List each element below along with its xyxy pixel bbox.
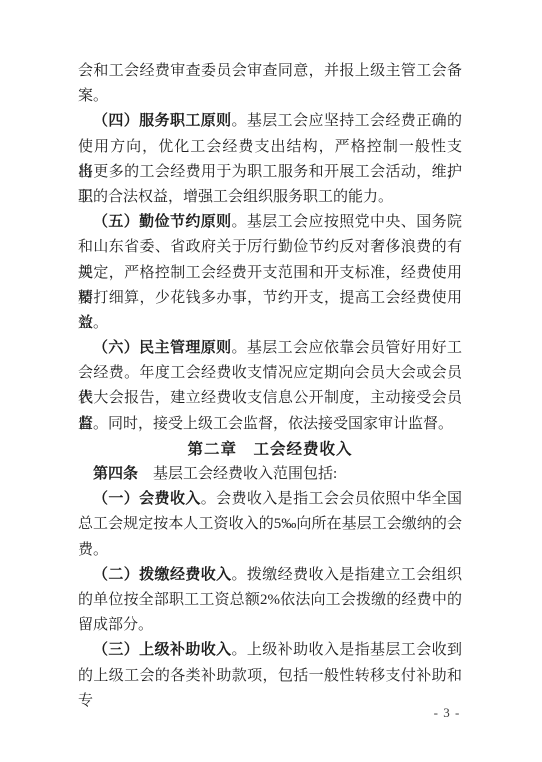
- text-line: （四）服务职工原则。基层工会应坚持工会经费正确的: [78, 109, 462, 134]
- text-line: （一）会费收入。会费收入是指工会会员依照中华全国: [78, 487, 462, 512]
- emphasis-text: （四）服务职工原则: [93, 113, 232, 129]
- text-line: （六）民主管理原则。基层工会应依靠会员管好用好工: [78, 336, 462, 361]
- body-text: 会和工会经费审查委员会审查同意，并报上级主管工会备: [78, 63, 462, 79]
- body-text: 。基层工会应依靠会员管好用好工: [232, 340, 462, 356]
- body-text: 。基层工会应按照党中央、国务院: [232, 214, 462, 230]
- body-text: 督。同时，接受上级工会监督，依法接受国家审计监督。: [78, 416, 453, 432]
- text-line: 工的合法权益，增强工会组织服务职工的能力。: [78, 185, 462, 210]
- emphasis-text: （一）会费收入: [93, 491, 201, 507]
- text-line: 案。: [78, 84, 462, 109]
- emphasis-text: 第四条: [93, 466, 138, 482]
- body-text: 益。: [78, 315, 108, 331]
- text-line: 留成部分。: [78, 613, 462, 638]
- text-line: 精打细算，少花钱多办事，节约开支，提高工会经费使用效: [78, 286, 462, 311]
- body-text: 费。: [78, 542, 108, 558]
- text-line: 规定，严格控制工会经费开支范围和开支标准，经费使用要: [78, 261, 462, 286]
- text-line: 费。: [78, 538, 462, 563]
- text-line: 会经费。年度工会经费收支情况应定期向会员大会或会员代: [78, 361, 462, 386]
- emphasis-text: （六）民主管理原则: [93, 340, 232, 356]
- body-text: 留成部分。: [78, 617, 153, 633]
- text-line: 会和工会经费审查委员会审查同意，并报上级主管工会备: [78, 59, 462, 84]
- text-line: 将更多的工会经费用于为职工服务和开展工会活动，维护职: [78, 160, 462, 185]
- text-line: （二）拨缴经费收入。拨缴经费收入是指建立工会组织: [78, 563, 462, 588]
- body-text: 总工会规定按本人工资收入的5‰向所在基层工会缴纳的会: [78, 516, 462, 532]
- text-line: 第四条 基层工会经费收入范围包括:: [78, 462, 462, 487]
- text-line: （三）上级补助收入。上级补助收入是指基层工会收到: [78, 638, 462, 663]
- chapter-heading: 第二章 工会经费收入: [78, 437, 462, 462]
- emphasis-text: （三）上级补助收入: [93, 642, 232, 658]
- emphasis-text: 第二章 工会经费收入: [187, 441, 352, 458]
- text-line: 总工会规定按本人工资收入的5‰向所在基层工会缴纳的会: [78, 512, 462, 537]
- body-text: 工的合法权益，增强工会组织服务职工的能力。: [78, 189, 393, 205]
- text-line: 和山东省委、省政府关于厉行勤俭节约反对奢侈浪费的有关: [78, 235, 462, 260]
- emphasis-text: （五）勤俭节约原则: [93, 214, 232, 230]
- text-line: 益。: [78, 311, 462, 336]
- emphasis-text: （二）拨缴经费收入: [93, 567, 232, 583]
- body-text: 案。: [78, 88, 108, 104]
- text-line: 的上级工会的各类补助款项，包括一般性转移支付补助和专: [78, 664, 462, 689]
- page-number: - 3 -: [422, 705, 472, 721]
- text-line: 表大会报告，建立经费收支信息公开制度，主动接受会员监: [78, 386, 462, 411]
- document-body: 会和工会经费审查委员会审查同意，并报上级主管工会备案。（四）服务职工原则。基层工…: [78, 59, 462, 689]
- body-text: 。基层工会应坚持工会经费正确的: [232, 113, 462, 129]
- body-text: 的上级工会的各类补助款项，包括一般性转移支付补助和专: [78, 668, 462, 709]
- document-page: 会和工会经费审查委员会审查同意，并报上级主管工会备案。（四）服务职工原则。基层工…: [0, 0, 542, 762]
- text-line: 使用方向，优化工会经费支出结构，严格控制一般性支出，: [78, 135, 462, 160]
- body-text: 。会费收入是指工会会员依照中华全国: [201, 491, 462, 507]
- text-line: 的单位按全部职工工资总额2%依法向工会拨缴的经费中的: [78, 588, 462, 613]
- body-text: 的单位按全部职工工资总额2%依法向工会拨缴的经费中的: [78, 592, 462, 608]
- body-text: 基层工会经费收入范围包括:: [138, 466, 337, 482]
- text-line: 督。同时，接受上级工会监督，依法接受国家审计监督。: [78, 412, 462, 437]
- text-line: （五）勤俭节约原则。基层工会应按照党中央、国务院: [78, 210, 462, 235]
- body-text: 。上级补助收入是指基层工会收到: [232, 642, 462, 658]
- body-text: 。拨缴经费收入是指建立工会组织: [232, 567, 462, 583]
